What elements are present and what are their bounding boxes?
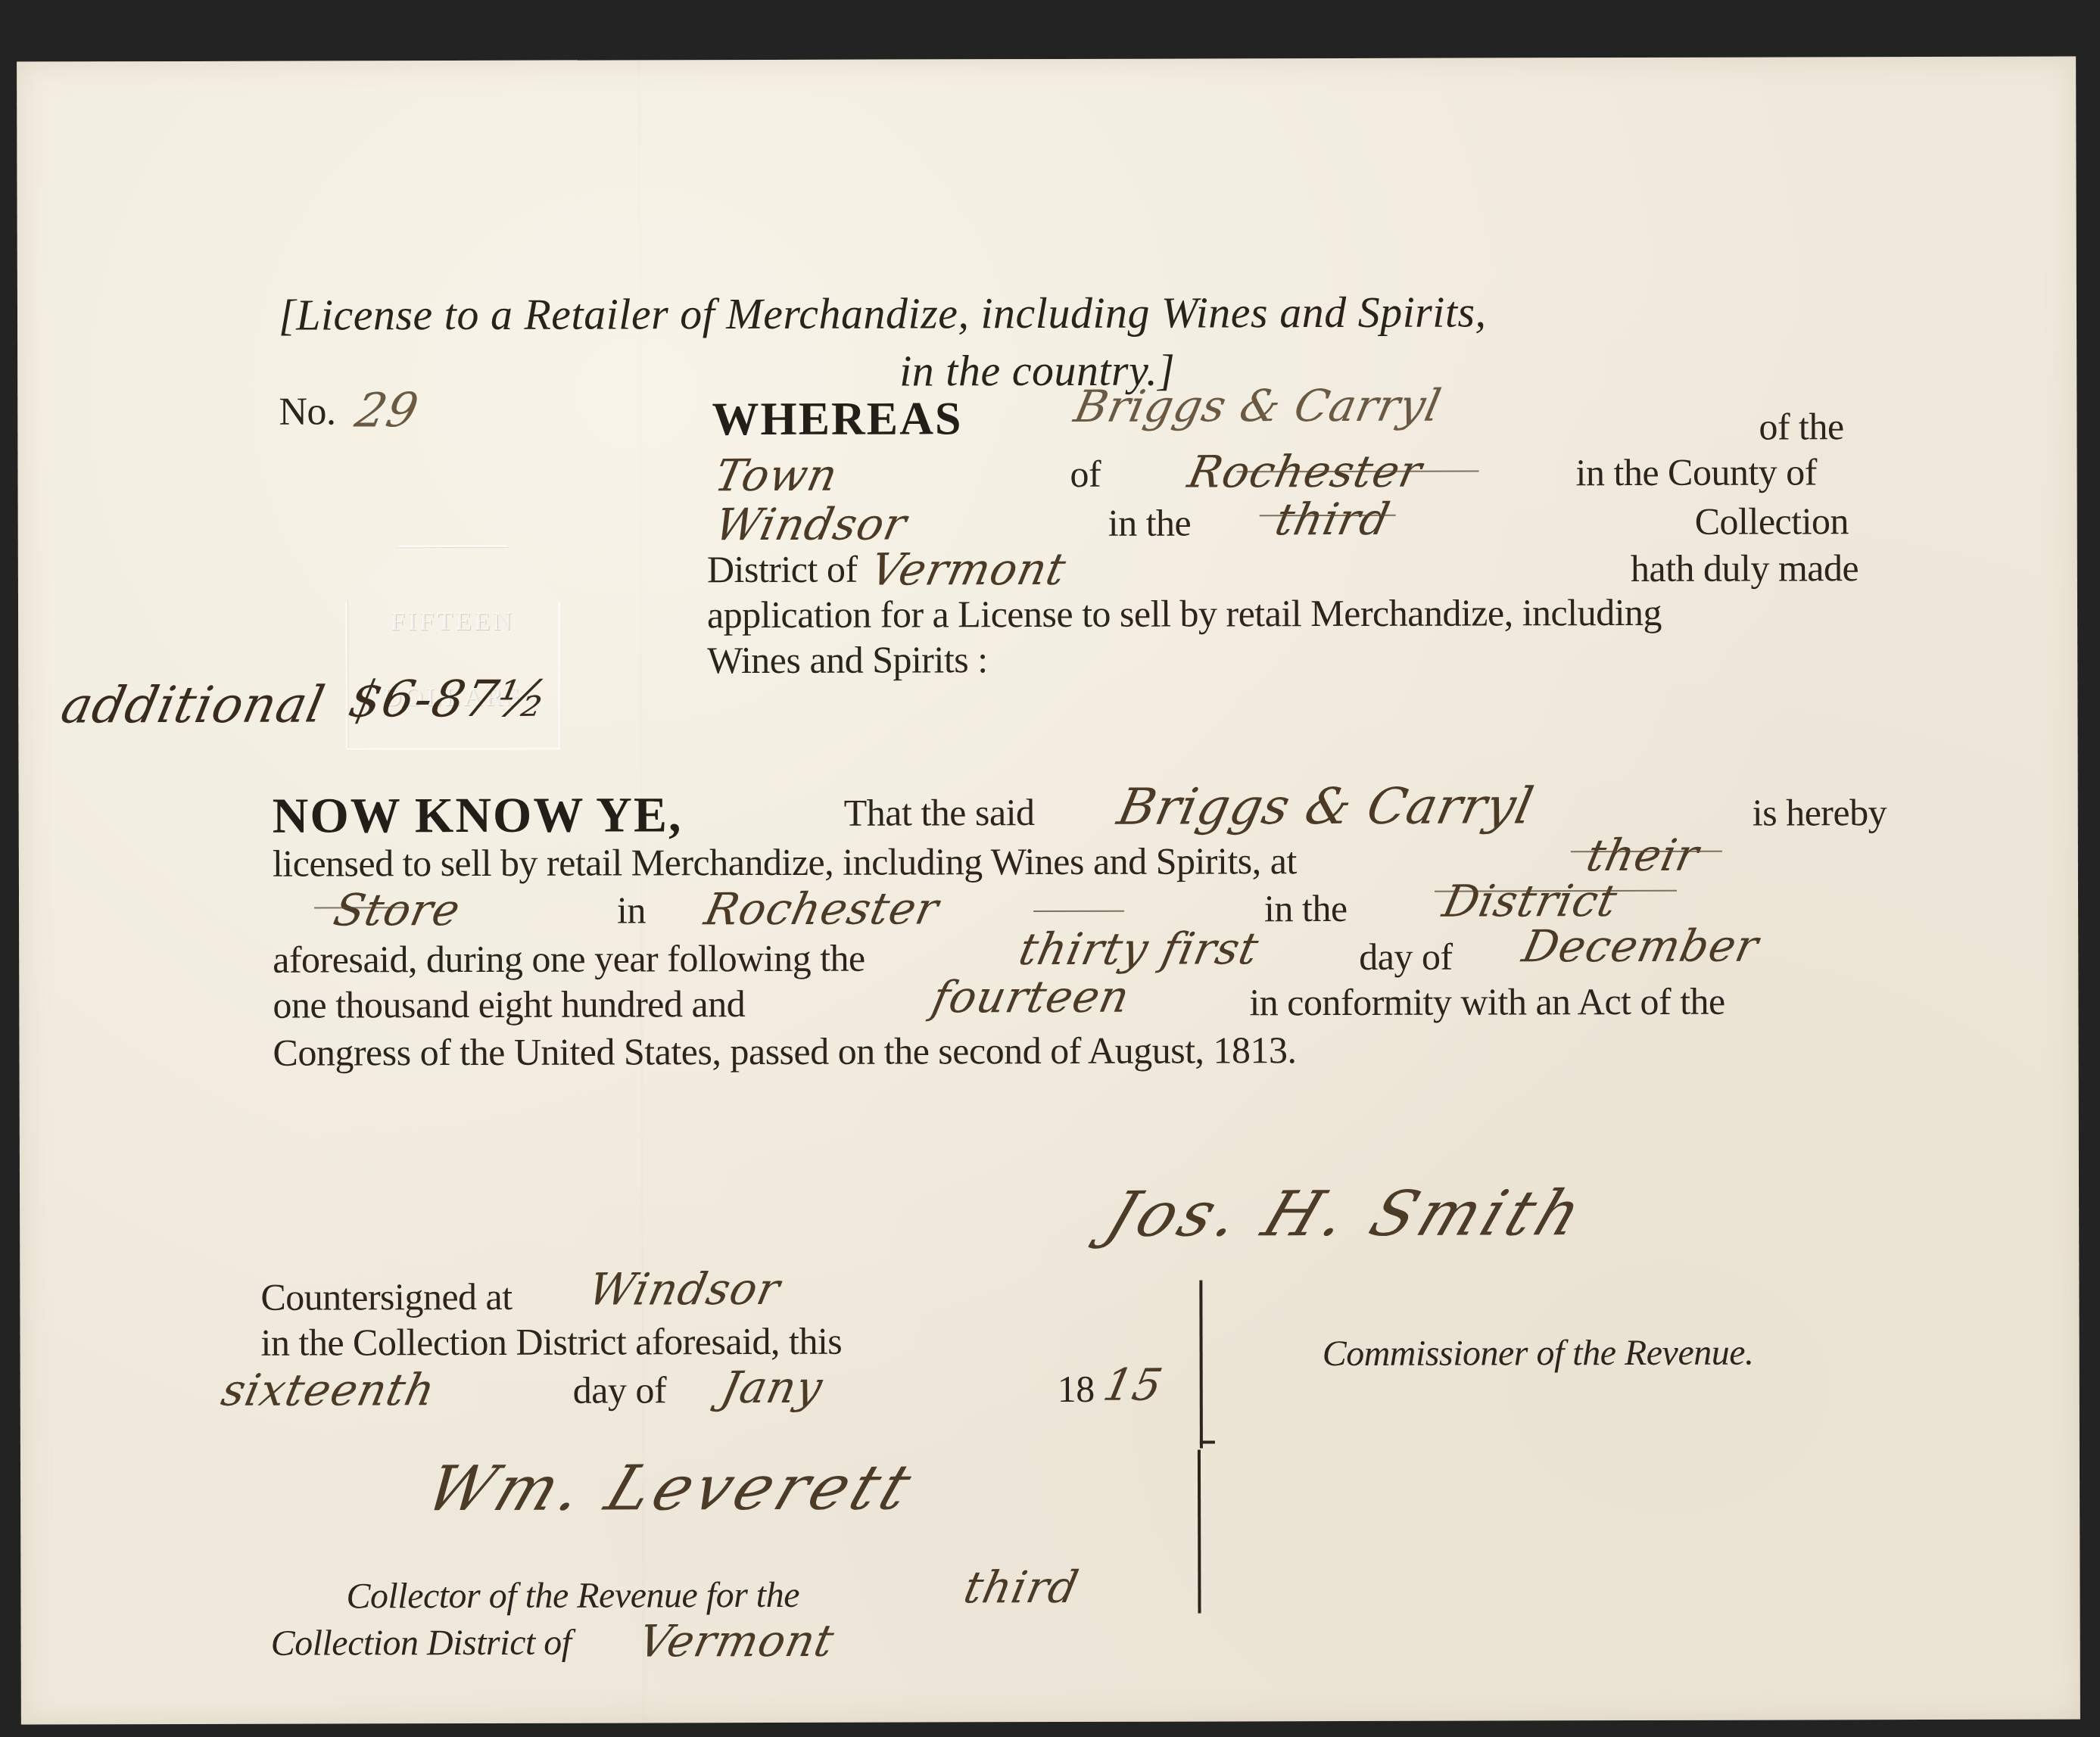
collector-signature: Wm. Leverett xyxy=(416,1452,925,1525)
text-in: in xyxy=(617,891,646,929)
whereas-heading: WHEREAS xyxy=(712,392,962,447)
now-year-word: fourteen xyxy=(927,971,1134,1023)
margin-note-amount: $6-87½ xyxy=(344,670,553,729)
license-number: 29 xyxy=(351,382,423,437)
license-document: [License to a Retailer of Merchandize, i… xyxy=(17,56,2080,1724)
commissioner-signature: Jos. H. Smith xyxy=(1097,1178,1595,1251)
whereas-state: Vermont xyxy=(866,543,1070,596)
now-month: December xyxy=(1518,920,1763,973)
number-label: No. xyxy=(279,392,335,431)
countersign-month: Jany xyxy=(717,1362,827,1413)
text-licensed-line: licensed to sell by retail Merchandize, … xyxy=(273,842,1297,883)
margin-note-label: additional xyxy=(56,675,329,734)
now-premises: Store xyxy=(329,884,465,935)
document-title-line1: [License to a Retailer of Merchandize, i… xyxy=(279,286,1487,340)
whereas-place-type: Town xyxy=(711,450,843,501)
brace-lower xyxy=(1198,1449,1201,1613)
countersign-year-prefix: 18 xyxy=(1058,1370,1095,1408)
text-in-the: in the xyxy=(1108,504,1192,542)
stamp-line1: FIFTEEN xyxy=(347,608,558,637)
collector-title-line2: Collection District of xyxy=(271,1625,572,1662)
collector-state: Vermont xyxy=(634,1615,839,1667)
text-congress-line: Congress of the United States, passed on… xyxy=(273,1031,1296,1072)
text-district-aforesaid: in the Collection District aforesaid, th… xyxy=(260,1322,842,1362)
whereas-licensee: Briggs & Carryl xyxy=(1070,380,1445,432)
commissioner-title: Commissioner of the Revenue. xyxy=(1323,1335,1754,1372)
text-day-of-2: day of xyxy=(573,1371,666,1409)
now-day-ordinal: thirty first xyxy=(1014,923,1263,975)
collector-title-line1: Collector of the Revenue for the xyxy=(346,1577,799,1615)
now-their: their xyxy=(1582,830,1704,881)
text-in-county: in the County of xyxy=(1575,453,1817,491)
text-collection: Collection xyxy=(1695,502,1849,540)
text-day-of: day of xyxy=(1359,938,1452,976)
text-wines-line: Wines and Spirits : xyxy=(707,640,988,679)
text-aforesaid-line: aforesaid, during one year following the xyxy=(273,939,865,979)
text-application-line: application for a License to sell by ret… xyxy=(707,593,1662,633)
brace-point xyxy=(1200,1440,1215,1443)
countersign-day: sixteenth xyxy=(217,1364,440,1416)
countersign-place: Windsor xyxy=(584,1263,784,1315)
text-of: of xyxy=(1070,455,1101,493)
text-hath-duly-made: hath duly made xyxy=(1631,549,1859,587)
now-town: Rochester xyxy=(700,883,943,935)
text-district-of: District of xyxy=(707,550,858,589)
whereas-district-ordinal: third xyxy=(1271,493,1394,545)
countersign-year-suffix: 15 xyxy=(1099,1359,1167,1411)
whereas-county: Windsor xyxy=(711,498,911,550)
text-of-the: of the xyxy=(1759,407,1843,445)
brace-upper xyxy=(1199,1280,1203,1448)
now-licensee: Briggs & Carryl xyxy=(1113,777,1539,836)
text-countersigned-at: Countersigned at xyxy=(260,1278,512,1316)
text-that-the-said: That the said xyxy=(844,793,1035,832)
now-know-ye-heading: NOW KNOW YE, xyxy=(273,786,683,845)
collector-district-ordinal: third xyxy=(959,1561,1083,1613)
text-is-hereby: is hereby xyxy=(1753,793,1887,831)
text-conformity-line: in conformity with an Act of the xyxy=(1249,982,1725,1022)
text-one-thousand-line: one thousand eight hundred and xyxy=(273,985,745,1024)
now-district-word: District xyxy=(1438,875,1622,927)
text-in-the-2: in the xyxy=(1264,889,1348,927)
